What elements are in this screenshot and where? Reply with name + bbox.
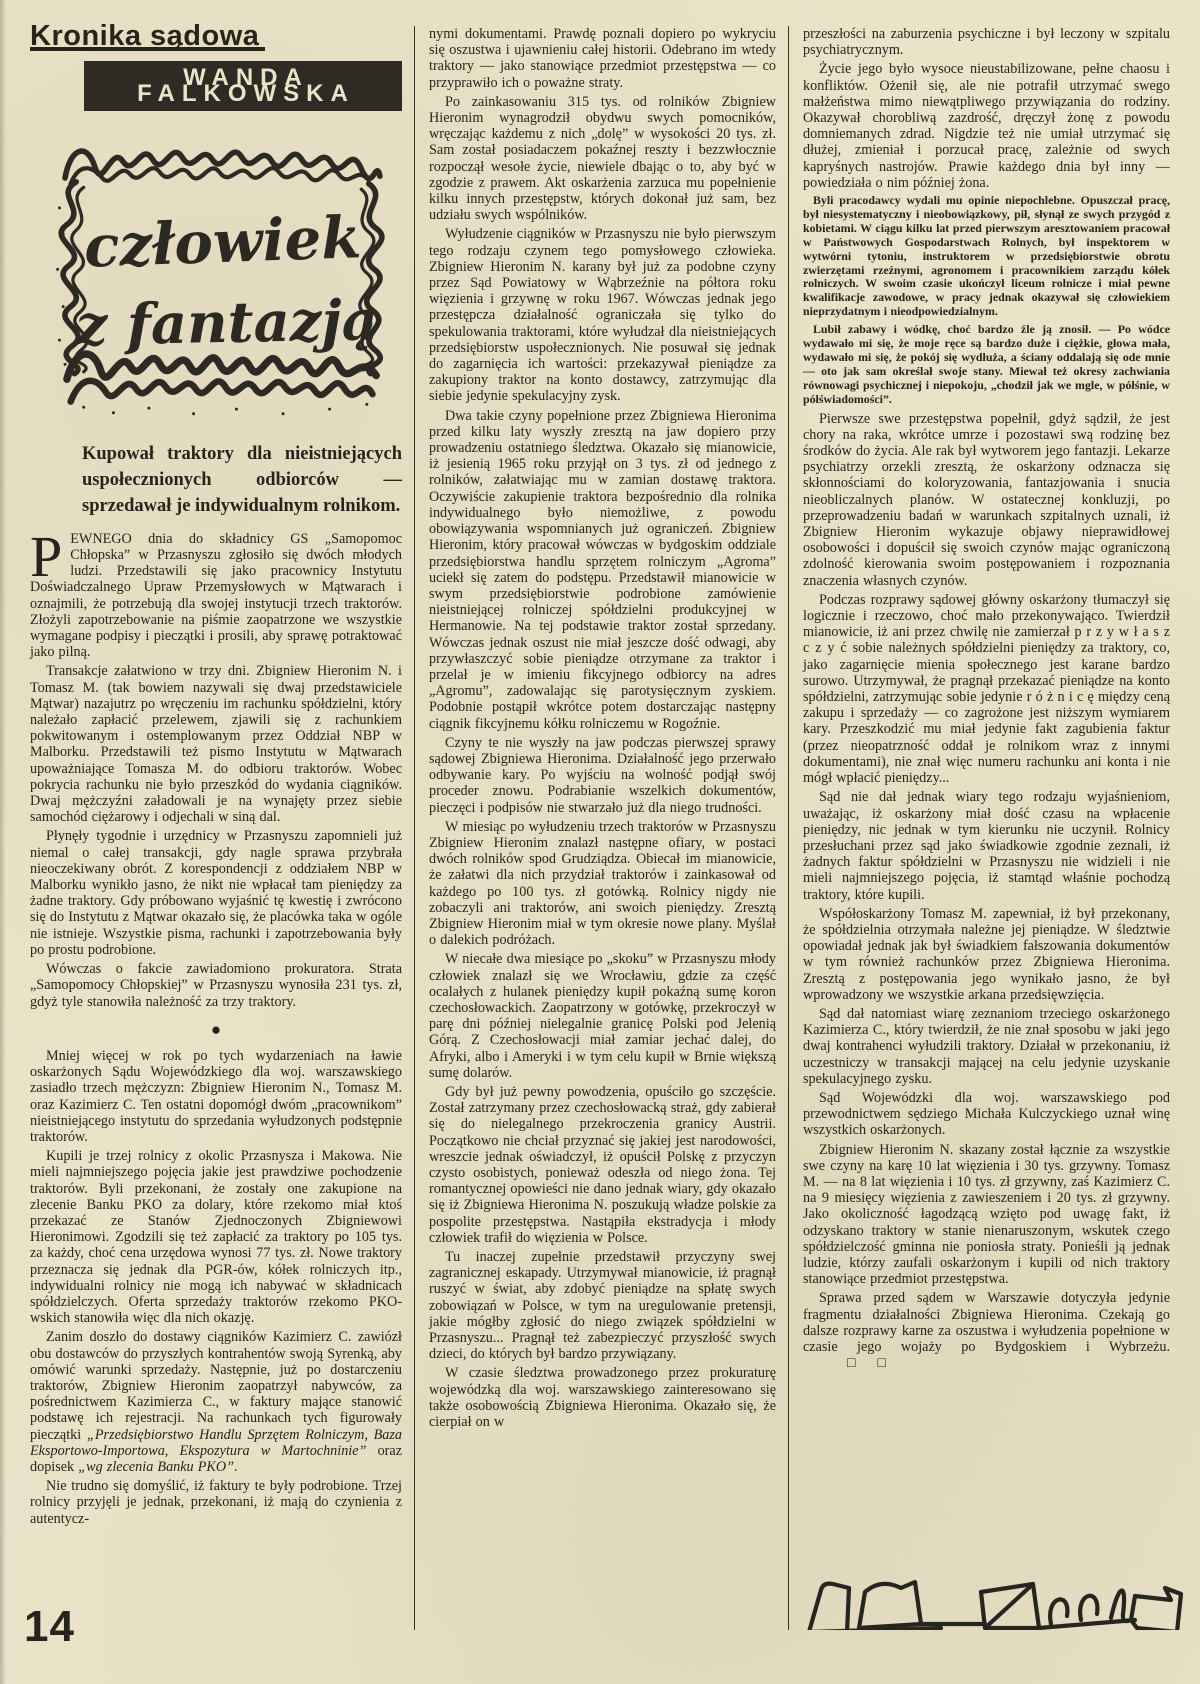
title-word-1: człowiek [83, 203, 362, 281]
article-paragraph: Sąd dał natomiast wiarę zeznaniom trzeci… [803, 1006, 1170, 1087]
article-paragraph: Po zainkasowaniu 315 tys. od rolników Zb… [429, 94, 776, 224]
text-run: Życie jego było wysoce nieustabilizowane… [803, 61, 1170, 190]
article-paragraph: Pierwsze swe przestępstwa popełnił, gdyż… [803, 411, 1170, 589]
article-paragraph: PEWNEGO dnia do składnicy GS „Samopomoc … [30, 531, 402, 661]
text-run: Po zainkasowaniu 315 tys. od rolników Zb… [429, 94, 776, 223]
text-run: Wyłudzenie ciągników w Przasnyszu nie by… [429, 226, 776, 404]
text-run: nymi dokumentami. Prawdę poznali dopiero… [429, 26, 776, 91]
text-run: Sąd nie dał jednak wiary tego rodzaju wy… [803, 789, 1170, 902]
article-columns: Kronika sądowa WANDA FALKOWSKA [0, 0, 1200, 1630]
text-run: Czyny te nie wyszły na jaw podczas pierw… [429, 735, 776, 816]
signature-doodle [793, 1524, 1183, 1630]
article-paragraph: Sąd nie dał jednak wiary tego rodzaju wy… [803, 789, 1170, 902]
text-run: Tu inaczej zupełnie przedstawił przyczyn… [429, 1249, 776, 1362]
text-run: Współoskarżony Tomasz M. zapewniał, iż b… [803, 906, 1170, 1003]
text-run: Pierwsze swe przestępstwa popełnił, gdyż… [803, 411, 1170, 589]
emphasized-text-run: „wg zlecenia Banku PKO” [78, 1459, 234, 1475]
text-run: Kupili je trzej rolnicy z okolic Przasny… [30, 1148, 402, 1326]
newspaper-page: Kronika sądowa WANDA FALKOWSKA [0, 0, 1200, 1684]
author-byline-bar: WANDA FALKOWSKA [84, 61, 402, 110]
text-run: W miesiąc po wyłudzeniu trzech traktorów… [429, 819, 776, 948]
article-paragraph: Zbigniew Hieronim N. skazany został łącz… [803, 1142, 1170, 1288]
text-run: Wówczas o fakcie zawiadomiono prokurator… [30, 961, 402, 1009]
article-paragraph: Sąd Wojewódzki dla woj. warszawskiego po… [803, 1090, 1170, 1139]
article-lead: Kupował traktory dla nieistniejących usp… [30, 441, 402, 519]
article-paragraph: Byli pracodawcy wydali mu opinie niepoch… [803, 194, 1170, 319]
article-paragraph: W niecałe dwa miesiące po „skoku” w Prza… [429, 951, 776, 1081]
article-paragraph: Nie trudno się domyślić, iż faktury te b… [30, 1478, 402, 1527]
ornamental-frame: człowiek z fantazją [52, 123, 392, 425]
article-paragraph: Współoskarżony Tomasz M. zapewniał, iż b… [803, 906, 1170, 1003]
text-run: W czasie śledztwa prowadzonego przez pro… [429, 1365, 776, 1430]
end-of-article-marks: □ □ [847, 1356, 895, 1372]
article-paragraph: Życie jego było wysoce nieustabilizowane… [803, 61, 1170, 191]
article-paragraph: Lubił zabawy i wódkę, choć bardzo źle ją… [803, 323, 1170, 406]
article-paragraph: Transakcje załatwiono w trzy dni. Zbigni… [30, 663, 402, 825]
column-2: nymi dokumentami. Prawdę poznali dopiero… [414, 26, 776, 1630]
article-paragraph: Mniej więcej w rok po tych wydarzeniach … [30, 1048, 402, 1145]
text-run: Byli pracodawcy wydali mu opinie niepoch… [803, 193, 1170, 318]
text-run: Sprawa przed sądem w Warszawie dotyczyła… [803, 1290, 1170, 1355]
text-run: Płynęły tygodnie i urzędnicy w Przasnysz… [30, 828, 402, 957]
article-paragraph: Tu inaczej zupełnie przedstawił przyczyn… [429, 1249, 776, 1362]
text-run: . [234, 1459, 238, 1475]
text-run: przeszłości na zaburzenia psychiczne i b… [803, 26, 1170, 58]
article-paragraph: Gdy był już pewny powodzenia, opuściło g… [429, 1084, 776, 1246]
article-paragraph: Dwa takie czyny popełnione przez Zbignie… [429, 408, 776, 732]
text-run: Zbigniew Hieronim N. skazany został łącz… [803, 1142, 1170, 1288]
title-artwork: człowiek z fantazją [52, 123, 402, 429]
article-paragraph: przeszłości na zaburzenia psychiczne i b… [803, 26, 1170, 58]
section-heading: Kronika sądowa [30, 28, 265, 51]
text-run: Podczas rozprawy sądowej główny oskarżon… [803, 592, 1170, 786]
article-paragraph: Płynęły tygodnie i urzędnicy w Przasnysz… [30, 828, 402, 958]
title-word-2: z fantazją [74, 288, 378, 358]
text-run: W niecałe dwa miesiące po „skoku” w Prza… [429, 951, 776, 1080]
text-run: Transakcje załatwiono w trzy dni. Zbigni… [30, 663, 402, 825]
text-run: Dwa takie czyny popełnione przez Zbignie… [429, 408, 776, 732]
article-paragraph: Wyłudzenie ciągników w Przasnyszu nie by… [429, 226, 776, 404]
article-paragraph: Kupili je trzej rolnicy z okolic Przasny… [30, 1148, 402, 1326]
section-divider-dot: ● [30, 1022, 402, 1038]
text-run: EWNEGO dnia do składnicy GS „Samopomoc C… [30, 531, 402, 660]
text-run: Mniej więcej w rok po tych wydarzeniach … [30, 1048, 402, 1145]
article-paragraph: Podczas rozprawy sądowej główny oskarżon… [803, 592, 1170, 786]
page-number: 14 [24, 1602, 75, 1652]
column-3-paragraphs: przeszłości na zaburzenia psychiczne i b… [803, 26, 1170, 1372]
text-run: Gdy był już pewny powodzenia, opuściło g… [429, 1084, 776, 1246]
column-1-paragraphs: PEWNEGO dnia do składnicy GS „Samopomoc … [30, 531, 402, 1527]
article-paragraph: Sprawa przed sądem w Warszawie dotyczyła… [803, 1290, 1170, 1372]
article-paragraph: W miesiąc po wyłudzeniu trzech traktorów… [429, 819, 776, 949]
text-run: Lubił zabawy i wódkę, choć bardzo źle ją… [803, 322, 1170, 406]
column-1: Kronika sądowa WANDA FALKOWSKA [30, 26, 402, 1630]
text-run: Sąd Wojewódzki dla woj. warszawskiego po… [803, 1090, 1170, 1138]
text-run: Nie trudno się domyślić, iż faktury te b… [30, 1478, 402, 1526]
column-3: przeszłości na zaburzenia psychiczne i b… [788, 26, 1170, 1630]
article-paragraph: Zanim doszło do dostawy ciągników Kazimi… [30, 1329, 402, 1475]
article-paragraph: W czasie śledztwa prowadzonego przez pro… [429, 1365, 776, 1430]
text-run: Sąd dał natomiast wiarę zeznaniom trzeci… [803, 1006, 1170, 1087]
column-2-paragraphs: nymi dokumentami. Prawdę poznali dopiero… [429, 26, 776, 1430]
article-paragraph: Wówczas o fakcie zawiadomiono prokurator… [30, 961, 402, 1010]
article-paragraph: nymi dokumentami. Prawdę poznali dopiero… [429, 26, 776, 91]
drop-cap: P [30, 531, 70, 579]
article-paragraph: Czyny te nie wyszły na jaw podczas pierw… [429, 735, 776, 816]
